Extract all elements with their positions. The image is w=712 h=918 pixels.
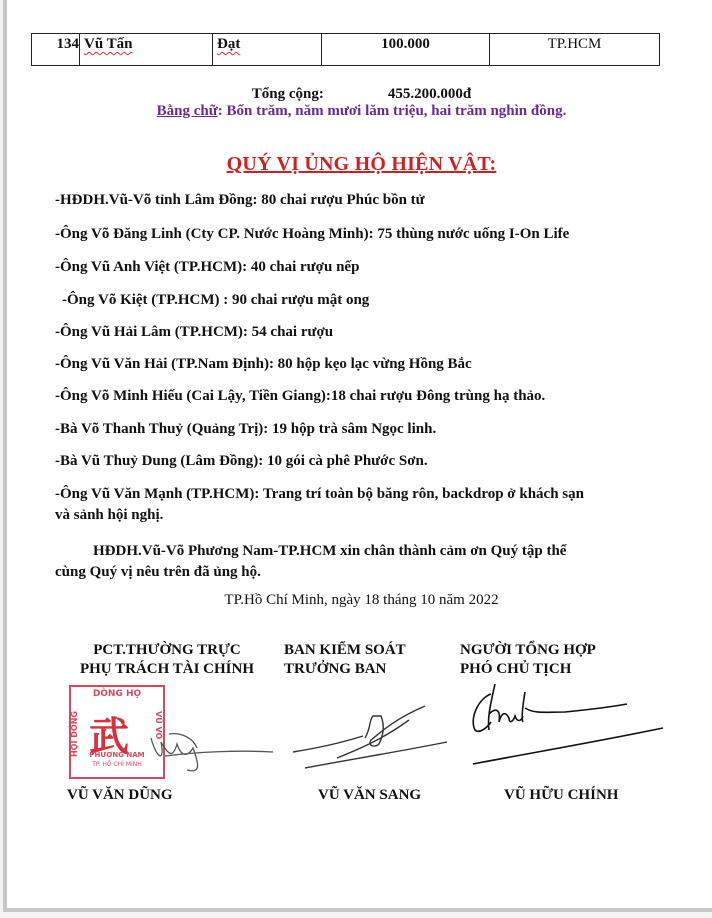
title-line: PCT.THƯỜNG TRỰC bbox=[67, 641, 267, 660]
cell-address: TP.HCM bbox=[490, 34, 660, 66]
list-item: -HĐDH.Vũ-Võ tỉnh Lâm Đồng: 80 chai rượu … bbox=[55, 190, 425, 210]
list-item: -Ông Vũ Anh Việt (TP.HCM): 40 chai rượu … bbox=[55, 257, 359, 277]
total-value: 455.200.000đ bbox=[388, 86, 471, 102]
cell-stt: 134 bbox=[32, 34, 80, 66]
table-row: 134 Vũ Tấn Đạt 100.000 TP.HCM bbox=[32, 34, 660, 66]
list-item: và sảnh hội nghị. bbox=[55, 505, 163, 525]
title-line: TRƯỞNG BAN bbox=[284, 660, 444, 679]
signatory-3-title: NGƯỜI TỔNG HỢP PHÓ CHỦ TỊCH bbox=[460, 641, 640, 679]
document-page: 134 Vũ Tấn Đạt 100.000 TP.HCM Tổng cộng:… bbox=[3, 0, 712, 912]
list-item: -Ông Võ Đăng Linh (Cty CP. Nước Hoàng Mi… bbox=[55, 224, 569, 244]
total-line: Tổng cộng:455.200.000đ bbox=[7, 86, 712, 103]
signatory-3-name: VŨ HỮU CHÍNH bbox=[504, 787, 618, 804]
cell-ten: Đạt bbox=[213, 34, 322, 66]
words-value: : Bốn trăm, năm mươi lăm triệu, hai trăm… bbox=[218, 103, 567, 119]
total-label: Tổng cộng: bbox=[252, 86, 324, 102]
title-line: NGƯỜI TỔNG HỢP bbox=[460, 641, 640, 660]
signatory-2-title: BAN KIỂM SOÁT TRƯỞNG BAN bbox=[284, 641, 444, 679]
thank-you-paragraph: HĐDH.Vũ-Võ Phương Nam-TP.HCM xin chân th… bbox=[55, 541, 615, 583]
in-kind-heading: QUÝ VỊ ỦNG HỘ HIỆN VẬT: bbox=[7, 153, 712, 176]
signatory-1-name: VŨ VĂN DŨNG bbox=[67, 787, 173, 804]
amount-in-words: Bằng chữ: Bốn trăm, năm mươi lăm triệu, … bbox=[7, 103, 712, 120]
list-item: -Bà Vũ Thuỷ Dung (Lâm Đồng): 10 gói cà p… bbox=[55, 451, 428, 471]
cell-amount: 100.000 bbox=[322, 34, 490, 66]
list-item: -Bà Võ Thanh Thuỷ (Quảng Trị): 19 hộp tr… bbox=[55, 419, 436, 439]
date-line: TP.Hồ Chí Minh, ngày 18 tháng 10 năm 202… bbox=[7, 592, 712, 609]
list-item: -Ông Vũ Văn Hải (TP.Nam Định): 80 hộp kẹ… bbox=[55, 354, 472, 374]
list-item: -Ông Vũ Hải Lâm (TP.HCM): 54 chai rượu bbox=[55, 322, 333, 342]
signature-2-scribble-icon bbox=[287, 700, 457, 772]
list-item: -Ông Vũ Văn Mạnh (TP.HCM): Trang trí toà… bbox=[55, 484, 584, 504]
signatory-2-name: VŨ VĂN SANG bbox=[318, 787, 421, 804]
words-label: Bằng chữ bbox=[157, 103, 218, 119]
stamp-top-text: DÒNG HỌ bbox=[71, 689, 163, 699]
thanks-line-1: HĐDH.Vũ-Võ Phương Nam-TP.HCM xin chân th… bbox=[55, 541, 615, 562]
list-item: -Ông Võ Kiệt (TP.HCM) : 90 chai rượu mật… bbox=[62, 290, 369, 310]
title-line: PHỤ TRÁCH TÀI CHÍNH bbox=[67, 660, 267, 679]
signatory-1-title: PCT.THƯỜNG TRỰC PHỤ TRÁCH TÀI CHÍNH bbox=[67, 641, 267, 679]
title-line: PHÓ CHỦ TỊCH bbox=[460, 660, 640, 679]
signature-1-scribble-icon bbox=[147, 730, 277, 780]
cell-ho: Vũ Tấn bbox=[80, 34, 213, 66]
list-item: -Ông Võ Minh Hiếu (Cai Lậy, Tiền Giang):… bbox=[55, 386, 545, 406]
ten-text: Đạt bbox=[217, 36, 240, 52]
ho-text: Vũ Tấn bbox=[84, 36, 133, 52]
title-line: BAN KIỂM SOÁT bbox=[284, 641, 444, 660]
signature-3-scribble-icon bbox=[465, 678, 665, 773]
thanks-line-2: cùng Quý vị nêu trên đã ủng hộ. bbox=[55, 562, 615, 583]
donor-table-last-row: 134 Vũ Tấn Đạt 100.000 TP.HCM bbox=[31, 33, 660, 66]
